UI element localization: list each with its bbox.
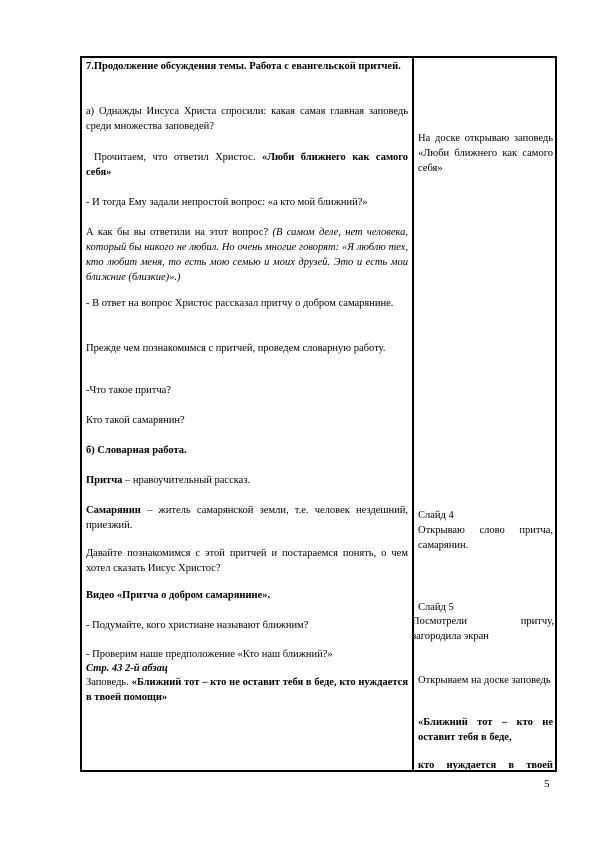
who-is-samaritan: Кто такой самарянин? — [86, 413, 408, 428]
document-page: 7.Продолжение обсуждения темы. Работа с … — [0, 0, 595, 842]
commandment-paragraph: Заповедь. «Ближний тот – кто не оставит … — [86, 675, 408, 705]
open-board-note: Открываем на доске заповедь — [418, 673, 553, 688]
what-is-parable: -Что такое притча? — [86, 383, 408, 398]
neighbor-definition-part-1: «Ближний тот – кто не оставит тебя в бед… — [418, 715, 553, 745]
lets-meet-text: Давайте познакомимся с этой притчей и по… — [86, 546, 408, 576]
samaritan-term: Самарянин — [86, 505, 141, 516]
slide-4-title: Слайд 4 — [418, 508, 553, 523]
part-a-text: а) Однажды Иисуса Христа спросили: какая… — [86, 104, 408, 134]
read-answer-paragraph: Прочитаем, что ответил Христос. «Люби бл… — [86, 150, 408, 180]
slide-5-title: Слайд 5 — [418, 600, 553, 615]
samaritan-definition: Самарянин – житель самарянской земли, т.… — [86, 503, 408, 533]
video-title: Видео «Притча о добром самарянине». — [86, 588, 408, 603]
how-would-you-paragraph: А как бы вы ответили на этот вопрос? (В … — [86, 225, 408, 285]
think-question: - Подумайте, кого христиане называют бли… — [86, 618, 408, 633]
parable-def: – нравоучительный рассказ. — [122, 475, 250, 486]
part-b-heading: б) Словарная работа. — [86, 443, 408, 458]
commandment-label: Заповедь. — [86, 677, 132, 688]
page-reference: Стр. 43 2-й абзац — [86, 661, 408, 676]
how-would-you: А как бы вы ответили на этот вопрос? — [86, 227, 272, 238]
neighbor-question: - И тогда Ему задали непростой вопрос: «… — [86, 195, 408, 210]
column-divider — [412, 58, 414, 770]
parable-definition: Притча – нравоучительный рассказ. — [86, 473, 408, 488]
lesson-table: 7.Продолжение обсуждения темы. Работа с … — [80, 56, 557, 772]
slide-4-text: Открываю слово притча, самарянин. — [418, 523, 553, 553]
christ-told-parable: - В ответ на вопрос Христос рассказал пр… — [86, 296, 408, 311]
section-heading: 7.Продолжение обсуждения темы. Работа с … — [86, 59, 408, 74]
board-commandment-note: На доске открываю заповедь «Люби ближнег… — [418, 131, 553, 176]
slide-5-text: Посмотрели притчу, загородила экран — [412, 614, 554, 644]
check-assumption: - Проверим наше предположение «Кто наш б… — [86, 647, 408, 662]
read-intro: Прочитаем, что ответил Христос. — [94, 152, 262, 163]
page-number: 5 — [544, 778, 550, 790]
neighbor-definition-part-2: кто нуждается в твоей — [418, 758, 553, 773]
commandment-text: «Ближний тот – кто не оставит тебя в бед… — [86, 677, 408, 703]
before-meet-text: Прежде чем познакомимся с притчей, прове… — [86, 341, 408, 356]
parable-term: Притча — [86, 475, 122, 486]
